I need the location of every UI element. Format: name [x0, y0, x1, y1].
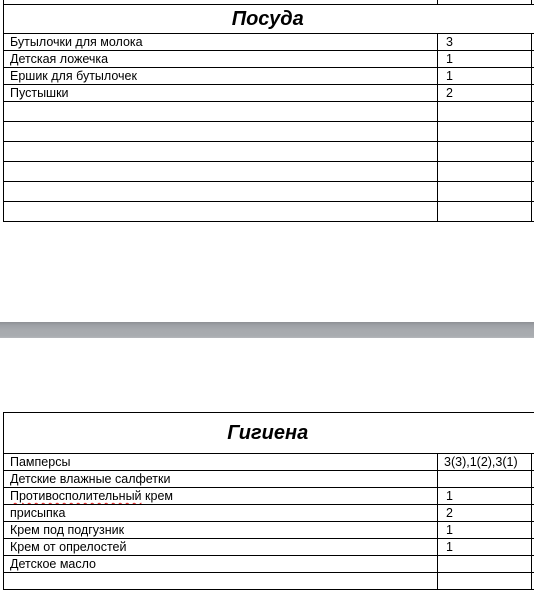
item-qty[interactable]: 3: [438, 34, 532, 51]
item-qty[interactable]: [438, 122, 532, 142]
item-name[interactable]: присыпка: [4, 505, 438, 522]
item-qty[interactable]: [438, 202, 532, 222]
item-qty[interactable]: 1: [438, 522, 532, 539]
item-qty[interactable]: [438, 162, 532, 182]
item-name[interactable]: Детские влажные салфетки: [4, 471, 438, 488]
item-name[interactable]: Крем от опрелостей: [4, 539, 438, 556]
item-qty[interactable]: 1: [438, 488, 532, 505]
item-qty[interactable]: [438, 142, 532, 162]
table-row: Детское масло: [4, 556, 534, 573]
document-page-1: Посуда Бутылочки для молока 3 Детская ло…: [0, 0, 534, 322]
item-qty[interactable]: [438, 471, 532, 488]
table-row: Ершик для бутылочек 1: [4, 68, 534, 85]
item-name[interactable]: [4, 573, 438, 590]
section-title[interactable]: Гигиена: [4, 413, 532, 454]
item-qty[interactable]: [438, 556, 532, 573]
section-title-row: Посуда: [4, 5, 534, 34]
section-table-gigiena: Гигиена Памперсы 3(3),1(2),3(1) Детские …: [3, 412, 534, 590]
table-row: Бутылочки для молока 3: [4, 34, 534, 51]
item-name[interactable]: Детская ложечка: [4, 51, 438, 68]
item-name[interactable]: [4, 162, 438, 182]
table-row-empty: [4, 162, 534, 182]
item-name[interactable]: [4, 122, 438, 142]
table-row: Пустышки 2: [4, 85, 534, 102]
item-name[interactable]: Ершик для бутылочек: [4, 68, 438, 85]
table-row-empty: [4, 573, 534, 590]
table-row: Противосполительный крем 1: [4, 488, 534, 505]
item-name[interactable]: Противосполительный крем: [4, 488, 438, 505]
item-name-rest: крем: [142, 489, 173, 503]
item-name[interactable]: Детское масло: [4, 556, 438, 573]
item-name[interactable]: [4, 182, 438, 202]
table-row: Детская ложечка 1: [4, 51, 534, 68]
item-name[interactable]: Крем под подгузник: [4, 522, 438, 539]
item-name[interactable]: Пустышки: [4, 85, 438, 102]
table-row-empty: [4, 202, 534, 222]
item-qty[interactable]: 2: [438, 505, 532, 522]
item-name[interactable]: [4, 202, 438, 222]
section-title[interactable]: Посуда: [4, 5, 532, 34]
item-qty[interactable]: [438, 182, 532, 202]
table-row-empty: [4, 102, 534, 122]
table-row-empty: [4, 182, 534, 202]
item-name[interactable]: Памперсы: [4, 454, 438, 471]
section-table-posuda: Посуда Бутылочки для молока 3 Детская ло…: [3, 0, 534, 222]
item-qty[interactable]: 3(3),1(2),3(1): [438, 454, 532, 471]
page-break-separator: [0, 322, 534, 338]
item-qty[interactable]: 1: [438, 539, 532, 556]
table-row: Детские влажные салфетки: [4, 471, 534, 488]
document-page-2: Гигиена Памперсы 3(3),1(2),3(1) Детские …: [0, 338, 534, 605]
table-row: присыпка 2: [4, 505, 534, 522]
table-row: Памперсы 3(3),1(2),3(1): [4, 454, 534, 471]
section-title-row: Гигиена: [4, 413, 534, 454]
table-row-empty: [4, 122, 534, 142]
spellcheck-misspelled-word[interactable]: Противосполительный: [10, 489, 142, 503]
item-qty[interactable]: [438, 573, 532, 590]
item-name[interactable]: [4, 142, 438, 162]
item-name[interactable]: [4, 102, 438, 122]
table-row: Крем под подгузник 1: [4, 522, 534, 539]
item-qty[interactable]: 1: [438, 51, 532, 68]
table-row-empty: [4, 142, 534, 162]
item-qty[interactable]: [438, 102, 532, 122]
item-name[interactable]: Бутылочки для молока: [4, 34, 438, 51]
table-row: Крем от опрелостей 1: [4, 539, 534, 556]
item-qty[interactable]: 2: [438, 85, 532, 102]
item-qty[interactable]: 1: [438, 68, 532, 85]
